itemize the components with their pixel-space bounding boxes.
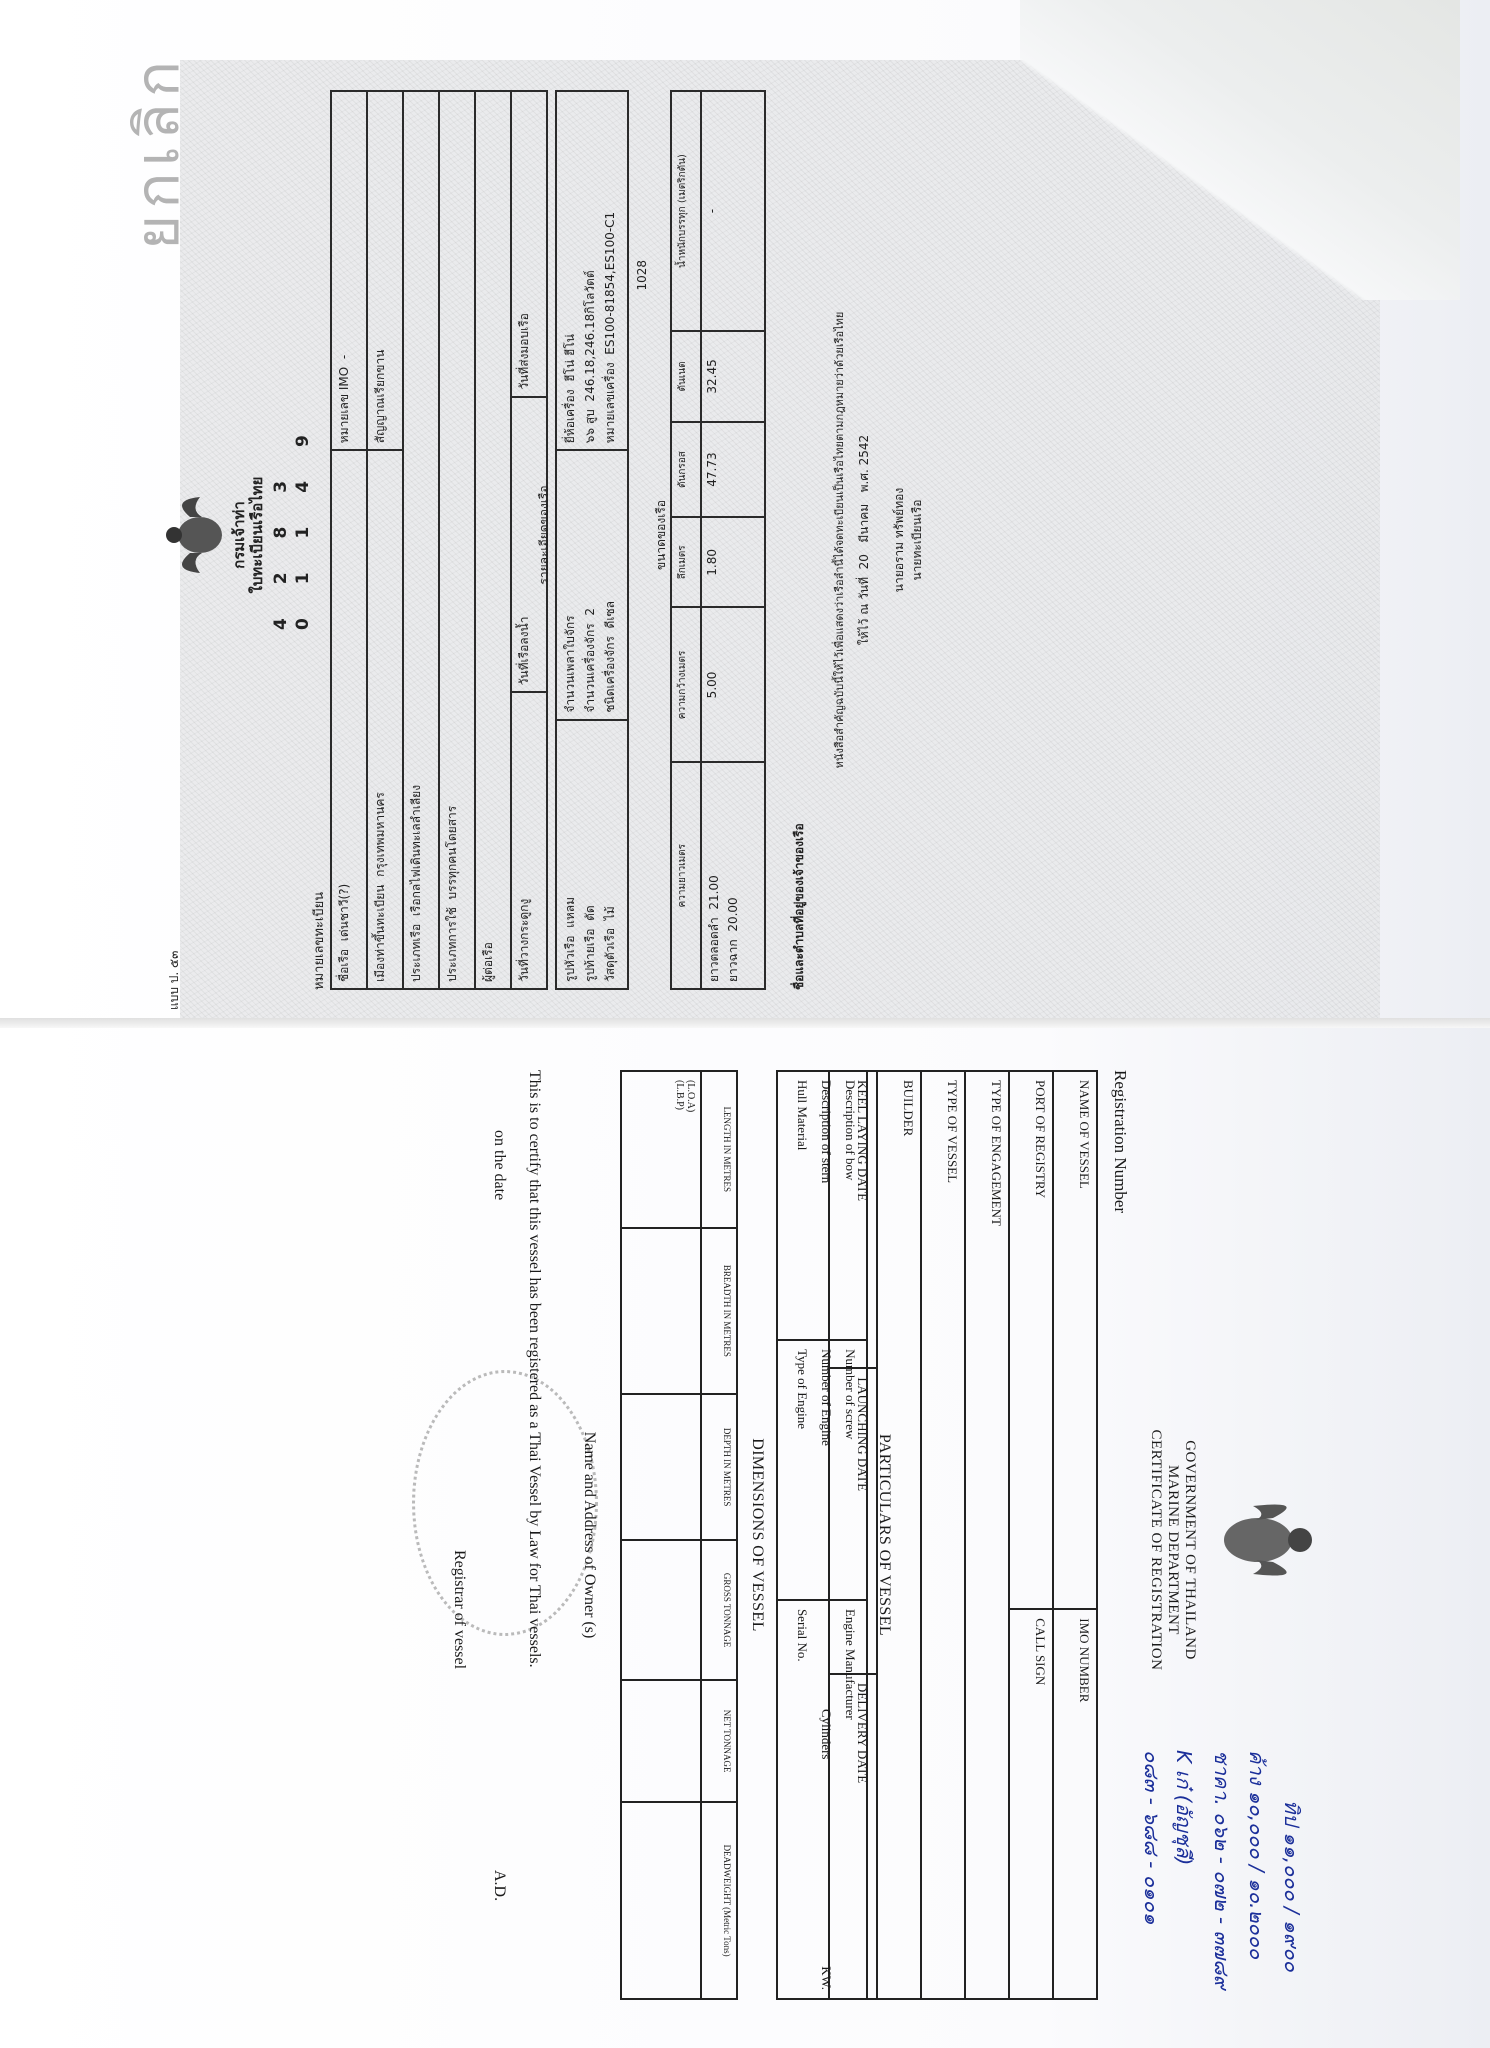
thai-signature: นายอราม ทรัพย์ทอง นายทะเบียนเรือ xyxy=(890,90,926,990)
table-cell: 5.00 xyxy=(701,607,765,762)
handwritten-note-1: ทิป ๑๑,๐๐๐ / ๑๙๐๐ xyxy=(1276,1800,1308,1972)
table-cell: 32.45 xyxy=(701,331,765,422)
thai-dimension-header-3: ตันกรอส xyxy=(671,422,701,517)
certify-text: This is to certify that this vessel has … xyxy=(525,1070,543,2030)
thai-owner-label: ชื่อและตำบลที่อยู่ของเจ้าของเรือ xyxy=(790,90,809,990)
english-dimension-header-4: NET TONNAGE xyxy=(701,1680,737,1802)
ad-label: A.D. xyxy=(490,1870,508,1901)
thai-particulars-table: รูปหัวเรือ แหลม รูปท้ายเรือ ตัด วัสดุตัว… xyxy=(555,90,629,990)
thai-dimensions-title: ขนาดของเรือ xyxy=(652,60,671,1010)
handwritten-note-3: ชาคา. ๐๖๒ - ๐๗๒ - ๓๗๘๙ xyxy=(1206,1750,1238,1989)
english-dimension-header-3: GROSS TONNAGE xyxy=(701,1540,737,1680)
table-cell: ยี่ห้อเครื่อง ฮีโน่ ฮีโน่ ๖๖ สูบ 246.18,… xyxy=(556,91,628,450)
english-dimension-header-0: LENGTH IN METRES xyxy=(701,1071,737,1228)
table-cell: สัญญาณเรียกขาน xyxy=(367,91,403,450)
table-cell: เมืองท่าขึ้นทะเบียน กรุงเทพมหานคร xyxy=(367,450,403,989)
table-cell: IMO NUMBER xyxy=(1053,1609,1097,1999)
thai-dimension-header-5: น้ำหนักบรรทุก (เมตริกตัน) xyxy=(671,91,701,331)
english-particulars-table: Description of bow Description of stern … xyxy=(776,1070,868,2000)
english-dimension-header-2: DEPTH IN METRES xyxy=(701,1394,737,1540)
registration-number-label: Registration Number xyxy=(1110,1070,1130,1213)
table-cell: ประเภทการใช้ บรรทุกคนโดยสาร xyxy=(439,91,475,989)
thai-dimensions-table: ความยาวเมตรความกว้างเมตรลึกเมตรตันกรอสตั… xyxy=(670,90,766,990)
scanned-page: แบบ ป. ๕๓ ยกเลิก กรมเจ้าท่า ใบทะเบียนเรื… xyxy=(0,0,1490,2048)
table-cell: CALL SIGN xyxy=(1009,1609,1053,1999)
table-cell: รูปหัวเรือ แหลม รูปท้ายเรือ ตัด วัสดุตัว… xyxy=(556,720,628,989)
english-main-table: NAME OF VESSEL IMO NUMBER PORT OF REGIST… xyxy=(828,1070,1098,2000)
table-cell: Number of screw Number of Engine Type of… xyxy=(777,1340,867,1600)
table-cell: TYPE OF VESSEL xyxy=(921,1071,965,1999)
cancel-stamp: ยกเลิก xyxy=(110,55,205,250)
handwritten-note-5: ๐๘๓ - ๖๘๘ - ๐๑๐๑ xyxy=(1136,1750,1168,1925)
table-cell xyxy=(621,1802,701,1999)
english-header: GOVERNMENT OF THAILAND MARINE DEPARTMENT… xyxy=(1147,1370,1198,1730)
table-cell: NAME OF VESSEL xyxy=(1053,1071,1097,1609)
table-cell: TYPE OF ENGAGEMENT xyxy=(965,1071,1009,1999)
thai-registration-label: หมายเลขทะเบียน xyxy=(308,892,329,990)
thai-certify-text: หนังสือสำคัญฉบับนี้ให้ไว้เพื่อแสดงว่าเรื… xyxy=(830,90,848,990)
thai-issue-date: ให้ไว้ ณ วันที่ 20 มีนาคม พ.ศ. 2542 xyxy=(855,90,874,990)
on-the-date-label: on the date xyxy=(490,1130,508,1200)
table-cell: PORT OF REGISTRY xyxy=(1009,1071,1053,1609)
registrar-label: Registrar of vessel xyxy=(450,1550,468,1669)
particulars-title: PARTICULARS OF VESSEL xyxy=(875,1030,893,2040)
dimensions-title: DIMENSIONS OF VESSEL xyxy=(748,1030,766,2040)
table-cell: - xyxy=(701,91,765,331)
table-cell: หมายเลข IMO - xyxy=(331,91,367,450)
table-cell: Engine Manufacturer CylindersKW. Serial … xyxy=(777,1600,867,1999)
thai-dimension-header-0: ความยาวเมตร xyxy=(671,762,701,989)
english-dimension-header-1: BREADTH IN METRES xyxy=(701,1228,737,1394)
table-cell: ชื่อเรือ เด่นชาวี(?) xyxy=(331,450,367,989)
garuda-emblem-icon xyxy=(1208,1500,1328,1580)
thai-dimension-header-4: ตันเนต xyxy=(671,331,701,422)
handwritten-note-2: ค้าง ๑๐,๐๐๐ / ๑๐.๒๐๐๐ xyxy=(1241,1750,1273,1959)
table-cell xyxy=(621,1680,701,1802)
table-cell xyxy=(621,1394,701,1540)
english-certificate-half: GOVERNMENT OF THAILAND MARINE DEPARTMENT… xyxy=(78,1030,1478,2040)
page-gutter-divider xyxy=(0,1018,1490,1028)
thai-dimension-header-1: ความกว้างเมตร xyxy=(671,607,701,762)
table-cell: ยาวตลอดลำ 21.00 ยาวฉาก 20.00 xyxy=(701,762,765,989)
thai-main-table: ชื่อเรือ เด่นชาวี(?) หมายเลข IMO - เมือง… xyxy=(330,90,548,990)
thai-dimension-header-2: ลึกเมตร xyxy=(671,517,701,607)
handwritten-note-4: K เก๋ (อัญชุลี) xyxy=(1168,1750,1200,1865)
table-cell: ประเภทเรือ เรือกลไฟเดินทะเลลำเลียง xyxy=(403,91,439,989)
table-cell: Description of bow Description of stern … xyxy=(777,1071,867,1340)
official-seal-stamp xyxy=(412,1370,598,1636)
thai-serial-extra: 1028 xyxy=(635,60,649,1010)
table-cell xyxy=(621,1228,701,1394)
english-dimension-header-5: DEADWEIGHT (Metric Tons) xyxy=(701,1802,737,1999)
table-cell: ผู้ต่อเรือ xyxy=(475,91,511,989)
garuda-emblem-icon xyxy=(160,495,230,575)
owner-label: Name and Address of Owner (s) xyxy=(580,1030,598,2040)
thai-title: กรมเจ้าท่า ใบทะเบียนเรือไทย xyxy=(230,60,266,1010)
thai-certificate-half: แบบ ป. ๕๓ ยกเลิก กรมเจ้าท่า ใบทะเบียนเรื… xyxy=(190,60,1370,1010)
table-cell: จำนวนเพลาใบจักร จำนวนเครื่องจักร 2 ชนิดเ… xyxy=(556,450,628,719)
registration-digits: 4 2 8 3 0 1 1 4 9 xyxy=(270,421,314,630)
form-number: แบบ ป. ๕๓ xyxy=(165,951,184,1010)
table-cell: 1.80 xyxy=(701,517,765,607)
thai-particulars-title: รายละเอียดของเรือ xyxy=(535,60,554,1010)
english-dimensions-table: LENGTH IN METRESBREADTH IN METRESDEPTH I… xyxy=(620,1070,738,2000)
table-cell: (L.O.A)(L.B.P) xyxy=(621,1071,701,1228)
table-cell xyxy=(621,1540,701,1680)
table-cell: 47.73 xyxy=(701,422,765,517)
